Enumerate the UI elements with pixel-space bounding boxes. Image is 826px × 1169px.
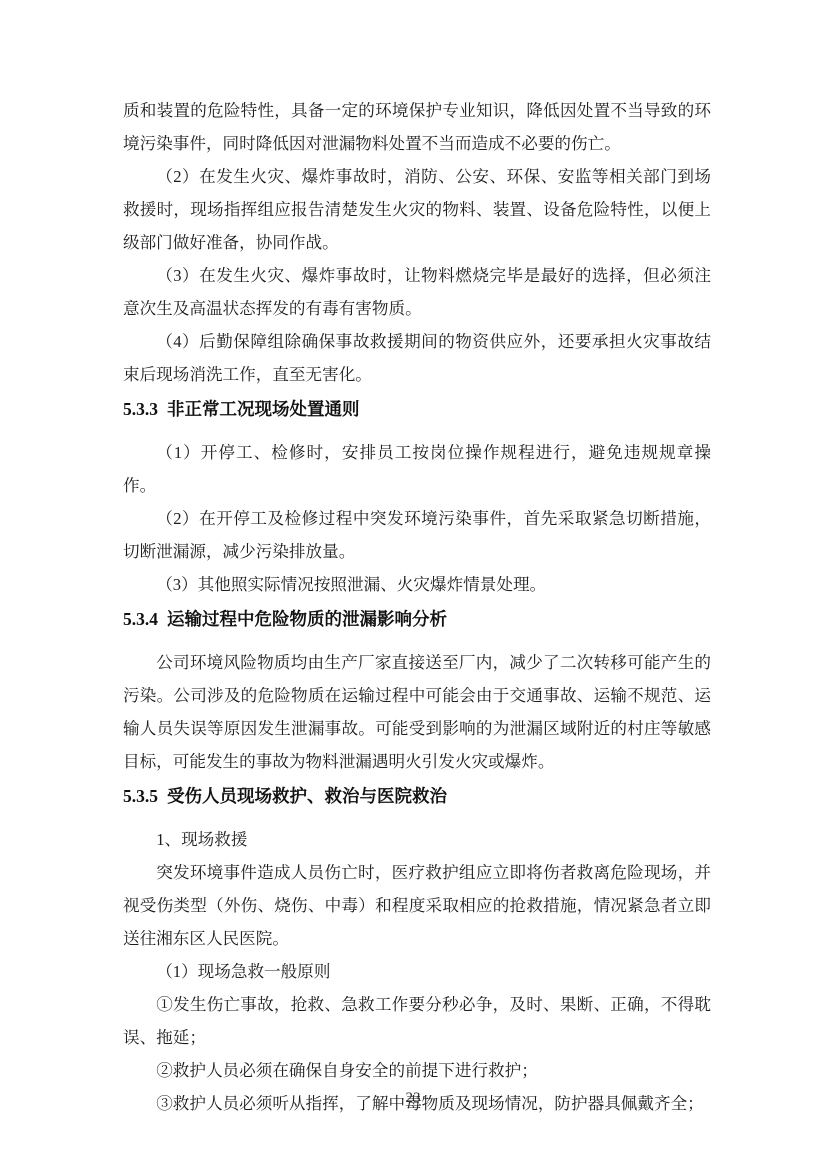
body-paragraph: 公司环境风险物质均由生产厂家直接送至厂内，减少了二次转移可能产生的污染。公司涉及… [123,646,711,778]
section-number: 5.3.3 [123,399,158,419]
section-title: 受伤人员现场救护、救治与医院救治 [167,786,447,806]
body-paragraph: ①发生伤亡事故，抢救、急救工作要分秒必争，及时、果断、正确，不得耽误、拖延； [123,988,711,1054]
body-paragraph: （1）开停工、检修时，安排员工按岗位操作规程进行，避免违规规章操作。 [123,436,711,502]
body-paragraph: 突发环境事件造成人员伤亡时，医疗救护组应立即将伤者救离危险现场，并视受伤类型（外… [123,856,711,955]
document-page: 质和装置的危险特性，具备一定的环境保护专业知识，降低因处置不当导致的环境污染事件… [0,0,826,1169]
page-number: 23 [0,1090,826,1107]
body-paragraph: 1、现场救援 [123,823,711,856]
section-heading: 5.3.4运输过程中危险物质的泄漏影响分析 [123,603,711,636]
body-paragraph: （2）在发生火灾、爆炸事故时，消防、公安、环保、安监等相关部门到场救援时，现场指… [123,160,711,259]
section-heading: 5.3.3非正常工况现场处置通则 [123,393,711,426]
section-heading: 5.3.5受伤人员现场救护、救治与医院救治 [123,780,711,813]
body-paragraph: （3）其他照实际情况按照泄漏、火灾爆炸情景处理。 [123,568,711,601]
document-content: 质和装置的危险特性，具备一定的环境保护专业知识，降低因处置不当导致的环境污染事件… [123,94,711,1120]
section-title: 运输过程中危险物质的泄漏影响分析 [167,609,447,629]
section-number: 5.3.4 [123,609,158,629]
body-paragraph: ②救护人员必须在确保自身安全的前提下进行救护； [123,1054,711,1087]
body-paragraph: （2）在开停工及检修过程中突发环境污染事件，首先采取紧急切断措施，切断泄漏源，减… [123,502,711,568]
body-paragraph: （1）现场急救一般原则 [123,955,711,988]
body-paragraph: （3）在发生火灾、爆炸事故时，让物料燃烧完毕是最好的选择，但必须注意次生及高温状… [123,259,711,325]
section-title: 非正常工况现场处置通则 [167,399,360,419]
section-number: 5.3.5 [123,786,158,806]
body-paragraph: （4）后勤保障组除确保事故救援期间的物资供应外，还要承担火灾事故结束后现场消洗工… [123,325,711,391]
body-paragraph: 质和装置的危险特性，具备一定的环境保护专业知识，降低因处置不当导致的环境污染事件… [123,94,711,160]
